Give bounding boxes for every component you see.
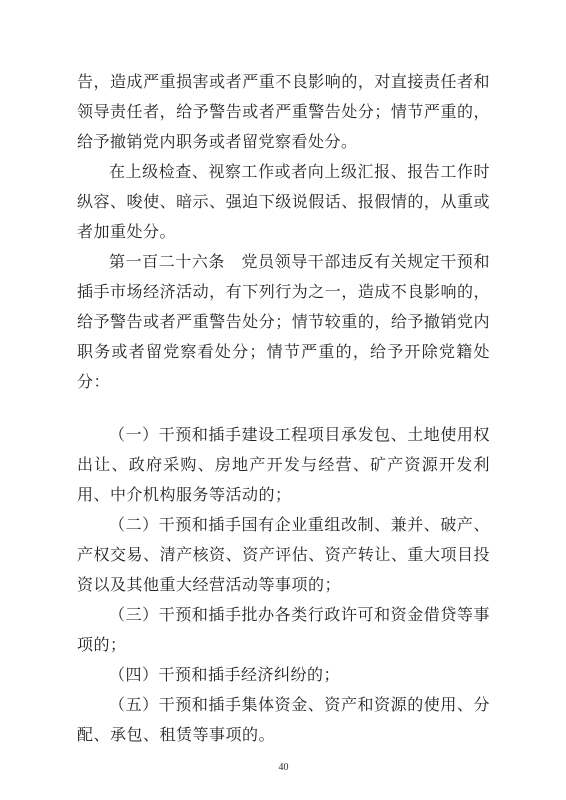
para-superior-inspection: 在上级检查、视察工作或者向上级汇报、报告工作时纵容、唆使、暗示、强迫下级说假话、… <box>77 158 490 248</box>
document-page: 告，造成严重损害或者严重不良影响的，对直接责任者和领导责任者，给予警告或者严重警… <box>0 0 566 800</box>
para-continued-penalty: 告，造成严重损害或者严重不良影响的，对直接责任者和领导责任者，给予警告或者严重警… <box>77 68 490 158</box>
article-126-item-1: （一）干预和插手建设工程项目承发包、土地使用权出让、政府采购、房地产开发与经营、… <box>77 421 490 511</box>
page-number: 40 <box>77 761 490 775</box>
article-126-item-3: （三）干预和插手批办各类行政许可和资金借贷等事项的； <box>77 601 490 661</box>
article-126-item-4: （四）干预和插手经济纠纷的； <box>77 661 490 691</box>
article-126-item-5: （五）干预和插手集体资金、资产和资源的使用、分配、承包、租赁等事项的。 <box>77 691 490 751</box>
para-article-126-intro: 第一百二十六条 党员领导干部违反有关规定干预和插手市场经济活动，有下列行为之一，… <box>77 248 490 398</box>
blank-line-spacer <box>77 398 490 421</box>
article-126-item-2: （二）干预和插手国有企业重组改制、兼并、破产、产权交易、清产核资、资产评估、资产… <box>77 511 490 601</box>
